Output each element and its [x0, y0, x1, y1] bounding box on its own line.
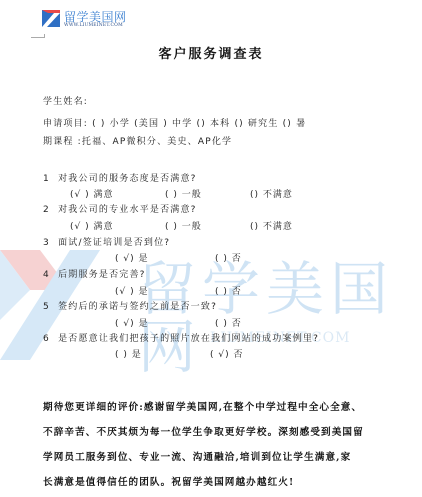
site-logo: 留学美国网 WWW.LIUMEINET.COM — [42, 10, 127, 30]
q1-option-satisfied[interactable]: (√ ) 满意 — [70, 187, 113, 200]
margin-corner-mark — [31, 34, 45, 38]
q3-option-yes[interactable]: ( √) 是 — [115, 251, 148, 264]
question-1: 1 对我公司的服务态度是否满意? — [43, 171, 197, 184]
q4-option-no[interactable]: ( ) 否 — [215, 284, 242, 297]
closing-line: 长满意是值得信任的团队。祝留学美国网越办越红火! — [43, 470, 388, 495]
logo-z-icon — [42, 10, 60, 30]
application-line-1: 申请项目: ( ) 小学 (美国 ) 中学 () 本科 () 研究生 () 暑 — [43, 116, 306, 129]
closing-line: 学网员工服务到位、专业一流、沟通融洽,培训到位让学生满意,家 — [43, 445, 388, 470]
q3-option-no[interactable]: ( ) 否 — [215, 251, 242, 264]
question-text: 签约后的承诺与签约之前是否一致? — [58, 302, 217, 312]
document-page: 留学美国网 LIUMEINET.COM 留学美国网 WWW.LIUMEINET.… — [0, 0, 422, 497]
q5-option-no[interactable]: ( ) 否 — [215, 316, 242, 329]
q4-option-yes[interactable]: (√ ) 是 — [115, 284, 148, 297]
q6-option-yes[interactable]: ( ) 是 — [115, 347, 142, 360]
q2-option-unsatisfied[interactable]: () 不满意 — [250, 219, 293, 232]
question-3: 3 面试/签证培训是否到位? — [43, 235, 170, 248]
question-number: 6 — [43, 334, 50, 344]
page-title: 客户服务调查表 — [0, 43, 422, 62]
question-number: 4 — [43, 270, 50, 280]
watermark-text: 留学美国网 — [138, 260, 422, 376]
question-text: 对我公司的专业水平是否满意? — [58, 205, 197, 215]
question-4: 4 后期服务是否完善? — [43, 267, 146, 280]
closing-feedback: 期待您更详细的评价:感谢留学美国网,在整个中学过程中全心全意、 不辞辛苦、不厌其… — [43, 395, 388, 495]
q1-option-unsatisfied[interactable]: () 不满意 — [250, 187, 293, 200]
question-number: 2 — [43, 205, 50, 215]
question-text: 面试/签证培训是否到位? — [58, 238, 170, 248]
question-text: 是否愿意让我们把孩子的照片放在我们网站的成功案例里? — [58, 334, 319, 344]
closing-line: 期待您更详细的评价:感谢留学美国网,在整个中学过程中全心全意、 — [43, 395, 388, 420]
question-5: 5 签约后的承诺与签约之前是否一致? — [43, 299, 217, 312]
question-number: 1 — [43, 174, 50, 184]
question-text: 后期服务是否完善? — [58, 270, 146, 280]
question-2: 2 对我公司的专业水平是否满意? — [43, 202, 197, 215]
logo-name: 留学美国网 — [64, 11, 127, 23]
q1-option-average[interactable]: ( ) 一般 — [165, 187, 202, 200]
student-name-label: 学生姓名: — [43, 94, 88, 107]
application-line-2: 期课程 :托福、AP微积分、美史、AP化学 — [43, 134, 232, 147]
question-number: 5 — [43, 302, 50, 312]
q5-option-yes[interactable]: ( √) 是 — [115, 316, 148, 329]
question-text: 对我公司的服务态度是否满意? — [58, 174, 197, 184]
q6-option-no[interactable]: ( √) 否 — [210, 347, 243, 360]
closing-line: 不辞辛苦、不厌其烦为每一位学生争取更好学校。深刻感受到美国留 — [43, 420, 388, 445]
question-number: 3 — [43, 238, 50, 248]
q2-option-average[interactable]: ( ) 一般 — [165, 219, 202, 232]
logo-url: WWW.LIUMEINET.COM — [64, 24, 127, 29]
q2-option-satisfied[interactable]: (√ ) 满意 — [70, 219, 113, 232]
question-6: 6 是否愿意让我们把孩子的照片放在我们网站的成功案例里? — [43, 331, 319, 344]
